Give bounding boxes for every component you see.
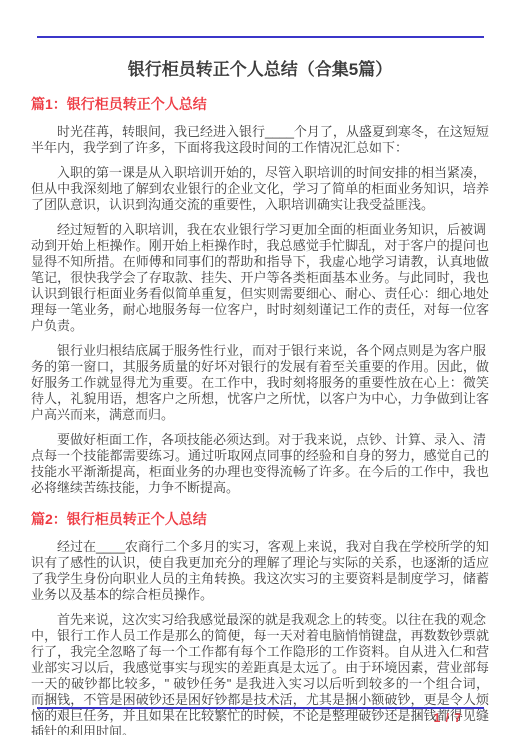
paragraph-body: 但从中我深刻地了解到农业银行的企业文化，学习了简单的柜面业务知识，培养了团队意识… xyxy=(31,181,489,212)
section-1-heading: 篇1：银行柜员转正个人总结 xyxy=(31,95,489,113)
paragraph-body: 半年内，我学到了许多，下面将我这段时间的工作情况汇总如下： xyxy=(31,140,408,155)
page-title: 银行柜员转正个人总结（合集5篇） xyxy=(31,58,489,82)
paragraph: 要做好柜面工作，各项技能必须达到。对于我来说，点钞、计算、录入、清点每一个技能都… xyxy=(31,432,489,496)
paragraph-first-line: 经过短暂的入职培训，我在农业银行学习更加全面的柜面业务知识，后被调 xyxy=(57,222,486,237)
paragraph-first-line: 首先来说，这次实习给我感觉最深的就是我观念上的转变。以往在我的观念 xyxy=(57,612,486,627)
paragraph: 入职的第一课是从入职培训开始的，尽管入职培训的时间安排的相当紧凑，但从中我深刻地… xyxy=(31,165,489,213)
paragraph-body: 动到开始上柜操作。刚开始上柜操作时，我总感觉手忙脚乱，对于客户的提问也显得不知所… xyxy=(31,238,489,333)
paragraph-first-line: 经过在____农商行二个多月的实习，客观上来说，我对自我在学校所学的知 xyxy=(57,539,489,554)
paragraph-body: 务的第一窗口，其服务质量的好坏对银行的发展有着至关重要的作用。因此，做好服务工作… xyxy=(31,359,489,422)
paragraph-first-line: 入职的第一课是从入职培训开始的，尽管入职培训的时间安排的相当紧凑， xyxy=(57,165,486,180)
document-content: 篇1：银行柜员转正个人总结 时光荏苒，转眼间，我已经进入银行____个月了，从盛… xyxy=(31,95,489,735)
paragraph: 时光荏苒，转眼间，我已经进入银行____个月了，从盛夏到寒冬，在这短短半年内，我… xyxy=(31,124,489,156)
paragraph-body: 中，银行工作人员工作是那么的简便，每一天对着电脑悄悄键盘，再数数钞票就行了，我完… xyxy=(31,628,489,735)
paragraph-body: 识有了感性的认识，使自我更加充分的理解了理论与实际的关系，也逐渐的适应了我学生身… xyxy=(31,555,489,602)
section-2-heading: 篇2：银行柜员转正个人总结 xyxy=(31,510,489,528)
paragraph-body: 点每一个技能都需要练习。通过听取网点同事的经验和自身的努力，感觉自己的技能水平渐… xyxy=(31,448,489,495)
footer-divider xyxy=(37,707,484,709)
paragraph-first-line: 要做好柜面工作，各项技能必须达到。对于我来说，点钞、计算、录入、清 xyxy=(57,432,486,447)
paragraph-first-line: 时光荏苒，转眼间，我已经进入银行____个月了，从盛夏到寒冬，在这短短 xyxy=(57,124,489,139)
document-page: 银行柜员转正个人总结（合集5篇） 篇1：银行柜员转正个人总结 时光荏苒，转眼间，… xyxy=(0,0,520,735)
paragraph: 经过短暂的入职培训，我在农业银行学习更加全面的柜面业务知识，后被调动到开始上柜操… xyxy=(31,222,489,334)
page-number: 1 / 7 xyxy=(434,711,462,725)
paragraph: 经过在____农商行二个多月的实习，客观上来说，我对自我在学校所学的知识有了感性… xyxy=(31,539,489,603)
paragraph: 银行业归根结底属于服务性行业，而对于银行来说，各个网点则是为客户服务的第一窗口，… xyxy=(31,343,489,423)
paragraph-first-line: 银行业归根结底属于服务性行业，而对于银行来说，各个网点则是为客户服 xyxy=(57,343,486,358)
header-divider xyxy=(37,36,484,38)
paragraph: 首先来说，这次实习给我感觉最深的就是我观念上的转变。以往在我的观念中，银行工作人… xyxy=(31,612,489,735)
